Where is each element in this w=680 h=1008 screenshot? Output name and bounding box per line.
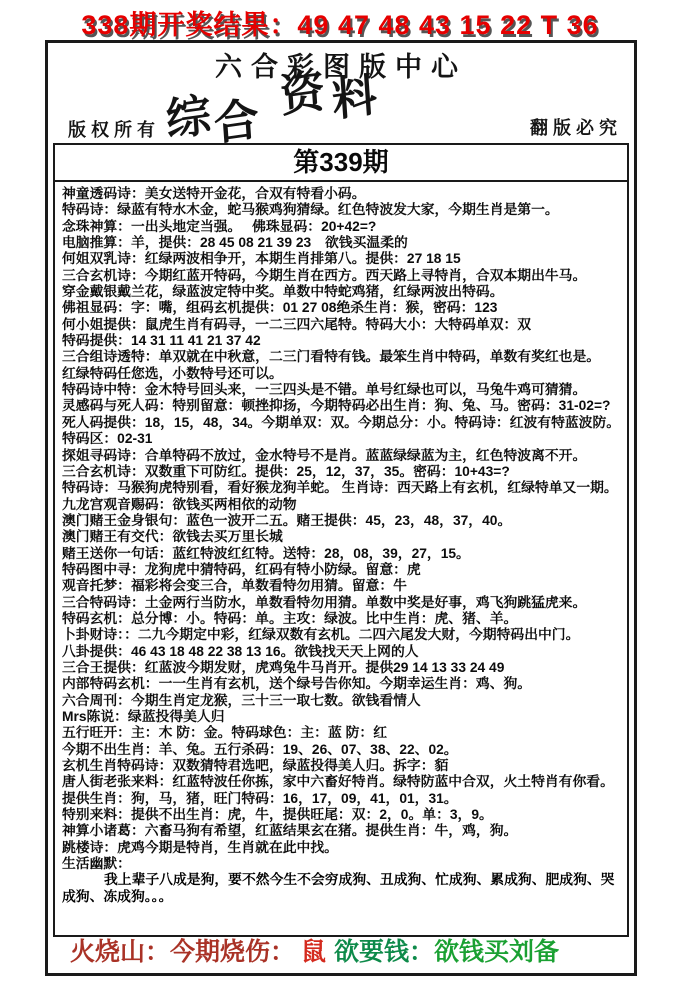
content-line: 何姐双乳诗：红绿两波相争开，本期生肖排第八。提供：27 18 15 bbox=[62, 251, 623, 267]
content-line: 特码玄机：总分博：小。特码：单。主攻：绿波。比中生肖：虎、猪、羊。 bbox=[62, 611, 623, 627]
content-line: 特码诗：马猴狗虎特别看，看好猴龙狗羊蛇。 生肖诗：西天路上有玄机，红绿特单又一期… bbox=[62, 480, 623, 496]
content-line: 提供生肖：狗，马，猪，旺门特码：16，17，09，41，01，31。 bbox=[62, 791, 623, 807]
life-humor-text: 我上辈子八成是狗，要不然今生不会穷成狗、丑成狗、忙成狗、累成狗、肥成狗、哭成狗、… bbox=[55, 872, 627, 905]
content-line: 今期不出生肖：羊、兔。五行杀码：19、26、07、38、22、02。 bbox=[62, 742, 623, 758]
content-line: 三合组诗透特：单双就在中秋意，二三门看特有钱。最笨生肖中特码，单数有奖红也是。 bbox=[62, 349, 623, 365]
content-line: 神算小诸葛：六畜马狗有希望，红蓝结果玄在猪。提供生肖：牛，鸡，狗。 bbox=[62, 823, 623, 839]
content-line: 八卦提供：46 43 18 48 22 38 13 16。欲钱找天天上网的人 bbox=[62, 644, 623, 660]
content-line: 六合周刊：今期生肖定龙猴，三十三一取七数。欲钱看情人 bbox=[62, 693, 623, 709]
content-line: 卜卦财诗：：二九今期定中彩，红绿双数有玄机。二四六尾发大财，今期特码出中门。 bbox=[62, 627, 623, 643]
burn-animal: 鼠 bbox=[295, 938, 334, 966]
content-line: 跳楼诗：虎鸡今期是特肖，生肖就在此中找。 bbox=[62, 840, 623, 856]
masthead-frame: 六合彩图版中心 综 合 资 料 版权所有 翻版必究 第339期 神童透码诗：美女… bbox=[45, 40, 637, 976]
calligraphy-char-zong: 综 bbox=[165, 92, 213, 143]
content-line: 灵感码与死人码：特别留意：顿挫抑扬，今期特码必出生肖：狗、兔、马。密码：31-0… bbox=[62, 398, 623, 414]
want-money-text: 欲钱买刘备 bbox=[434, 938, 559, 966]
content-line: 佛祖显码：字：嘴，组码玄机提供：01 27 08绝杀生肖：猴，密码：123 bbox=[62, 300, 623, 316]
content-line: 三合玄机诗：双数重下可防红。提供：25，12，37，35。密码：10+43=? bbox=[62, 464, 623, 480]
calligraphy-char-he: 合 bbox=[213, 96, 261, 147]
content-line: 三合特码诗：土金两行当防水，单数看特勿用猜。单数中奖是好事，鸡飞狗跳猛虎来。 bbox=[62, 595, 623, 611]
period-title: 第339期 bbox=[55, 145, 627, 182]
content-line: 玄机生肖特码诗：双数猜特君选吧，绿蓝投得美人归。拆字：貊 bbox=[62, 758, 623, 774]
content-line: 五行旺开：主：木 防：金。特码球色：主：蓝 防：红 bbox=[62, 725, 623, 741]
content-line: 三合王提供：红蓝波今期发财，虎鸡兔牛马肖开。提供29 14 13 33 24 4… bbox=[62, 660, 623, 676]
calligraphy-char-liao: 料 bbox=[331, 72, 379, 123]
content-line: 特码诗：绿蓝有特水木金，蛇马猴鸡狗猜绿。红色特波发大家，今期生肖是第一。 bbox=[62, 202, 623, 218]
content-line: 神童透码诗：美女送特开金花，合双有特看小码。 bbox=[62, 186, 623, 202]
content-line: 澳门赌王有交代：欲钱去买万里长城 bbox=[62, 529, 623, 545]
content-line: 红绿特码任您选，小数特号还可以。 bbox=[62, 366, 623, 382]
content-line: 特码图中寻：龙狗虎中猜特码，红码有特小防绿。留意：虎 bbox=[62, 562, 623, 578]
content-line: 生活幽默： bbox=[62, 856, 623, 872]
content-line: 特码诗中特：金木特号回头来，一三四头是不错。单号红绿也可以，马兔牛鸡可猜猜。 bbox=[62, 382, 623, 398]
content-line: 唐人街老张来料：红蓝特波任你拣，家中六畜好特肖。绿特防蓝中合双，火土特肖有你看。 bbox=[62, 774, 623, 790]
bottom-slogan: 火烧山：今期烧伤：鼠欲要钱：欲钱买刘备 bbox=[48, 937, 634, 970]
content-line: 赌王送你一句话：蓝红特波红红特。送特：28，08，39，27，15。 bbox=[62, 546, 623, 562]
copyright-notice-right: 翻版必究 bbox=[530, 114, 622, 140]
content-line: Mrs陈说：绿蓝投得美人归 bbox=[62, 709, 623, 725]
copyright-notice-left: 版权所有 bbox=[68, 116, 160, 142]
content-line: 穿金戴银戴兰花，绿蓝波定特中奖。单数中特蛇鸡猪，红绿两波出特码。 bbox=[62, 284, 623, 300]
tips-line-list: 神童透码诗：美女送特开金花，合双有特看小码。特码诗：绿蓝有特水木金，蛇马猴鸡狗猜… bbox=[55, 182, 627, 872]
content-line: 特码区：02-31 bbox=[62, 431, 623, 447]
want-money-label: 欲要钱： bbox=[334, 938, 434, 966]
content-line: 特别来料：提供不出生肖：虎，牛，提供旺尾：双：2，0。单：3，9。 bbox=[62, 807, 623, 823]
calligraphy-char-zi: 资 bbox=[279, 68, 327, 119]
content-line: 观音托梦：福彩将会变三合，单数看特勿用猜。留意：牛 bbox=[62, 578, 623, 594]
content-line: 何小姐提供：鼠虎生肖有码寻，一二三四六尾特。特码大小：大特码单双：双 bbox=[62, 317, 623, 333]
content-line: 死人码提供：18，15，48，34。今期单双：双。今期总分：小。特码诗：红波有特… bbox=[62, 415, 623, 431]
content-line: 三合玄机诗：今期红蓝开特码，今期生肖在西方。西天路上寻特肖，合双本期出牛马。 bbox=[62, 268, 623, 284]
content-line: 内部特码玄机：一一生肖有玄机，送个绿号告你知。今期幸运生肖：鸡、狗。 bbox=[62, 676, 623, 692]
content-line: 探姐寻码诗：合单特码不放过，金水特号不是肖。蓝蓝绿绿蓝为主，红色特波离不开。 bbox=[62, 448, 623, 464]
burn-mountain-label: 火烧山：今期烧伤： bbox=[70, 938, 295, 966]
content-box: 第339期 神童透码诗：美女送特开金花，合双有特看小码。特码诗：绿蓝有特水木金，… bbox=[53, 143, 629, 937]
content-line: 九龙宫观音赐码：欲钱买两相依的动物 bbox=[62, 497, 623, 513]
content-line: 澳门赌王金身银句：蓝色一波开二五。赌王提供：45，23，48，37，40。 bbox=[62, 513, 623, 529]
previous-draw-result-banner: 338期开奖结果：49 47 48 43 15 22 T 36 bbox=[0, 3, 680, 42]
content-line: 特码提供：14 31 11 41 21 37 42 bbox=[62, 333, 623, 349]
content-line: 电脑推算：羊，提供：28 45 08 21 39 23 欲钱买温柔的 bbox=[62, 235, 623, 251]
content-line: 念珠神算：一出头地定当强。 佛珠显码：20+42=? bbox=[62, 219, 623, 235]
